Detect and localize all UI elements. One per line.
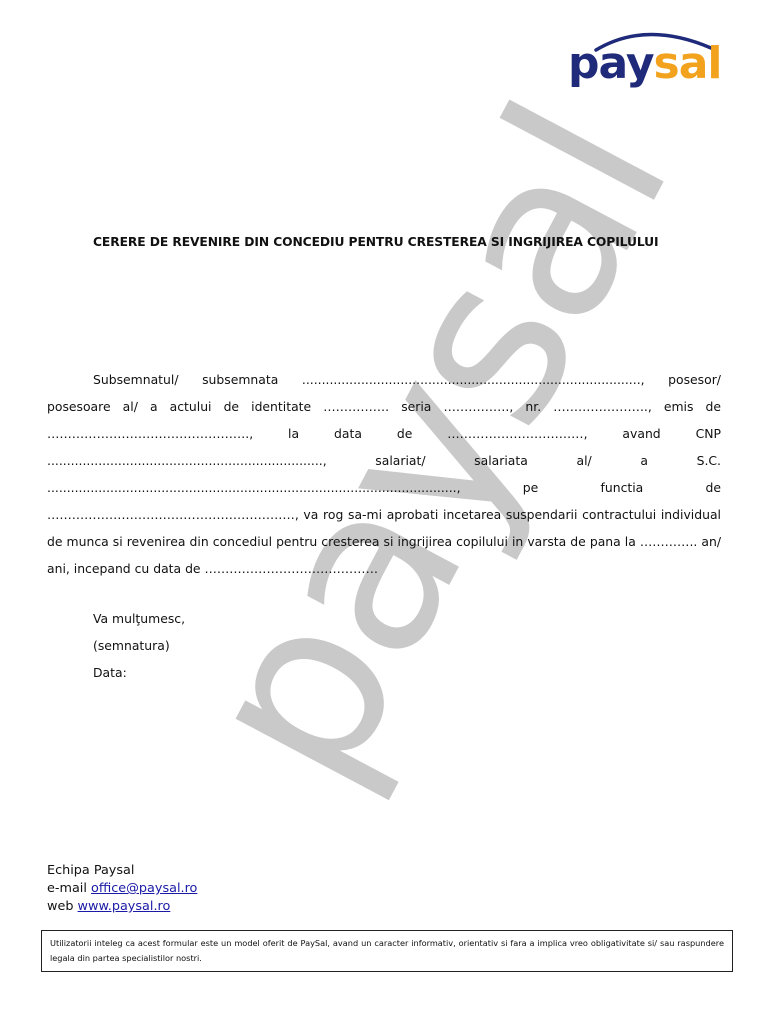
closing-date-label: Data:	[93, 659, 185, 686]
web-line: web www.paysal.ro	[47, 898, 197, 916]
document-title: CERERE DE REVENIRE DIN CONCEDIU PENTRU C…	[93, 235, 659, 249]
closing-block: Va mulţumesc, (semnatura) Data:	[93, 605, 185, 686]
request-body: Subsemnatul/ subsemnata ................…	[47, 366, 721, 582]
email-link[interactable]: office@paysal.ro	[91, 881, 197, 896]
logo-sal: sal	[654, 38, 722, 89]
email-label: e-mail	[47, 881, 87, 896]
paysal-logo: paysal	[566, 26, 726, 92]
closing-signature-label: (semnatura)	[93, 632, 185, 659]
team-name: Echipa Paysal	[47, 862, 197, 880]
logo-wordmark: paysal	[568, 42, 721, 86]
contact-signature: Echipa Paysal e-mail office@paysal.ro we…	[47, 862, 197, 916]
document-page: paysal paysal CERERE DE REVENIRE DIN CON…	[0, 0, 768, 1024]
disclaimer-box: Utilizatorii inteleg ca acest formular e…	[41, 930, 733, 972]
email-line: e-mail office@paysal.ro	[47, 880, 197, 898]
closing-thanks: Va mulţumesc,	[93, 605, 185, 632]
logo-pay: pay	[568, 38, 654, 89]
request-paragraph: Subsemnatul/ subsemnata ................…	[47, 366, 721, 582]
web-link[interactable]: www.paysal.ro	[78, 899, 171, 914]
web-label: web	[47, 899, 73, 914]
